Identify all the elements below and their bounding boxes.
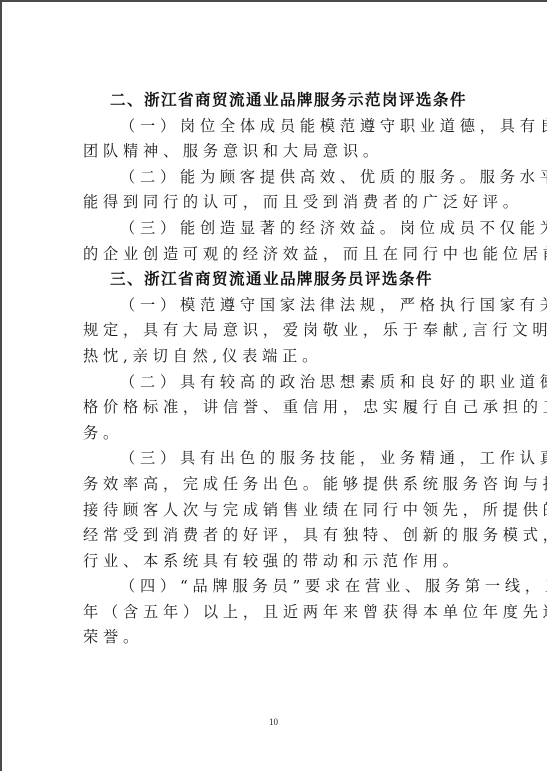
paragraph-line: 的企业创造可观的经济效益，而且在同行中也能位居前茅。 xyxy=(83,242,465,268)
document-page: 二、浙江省商贸流通业品牌服务示范岗评选条件 （一）岗位全体成员能模范遵守职业道德… xyxy=(83,88,465,651)
paragraph-line: 热忱,亲切自然,仪表端正。 xyxy=(83,344,465,370)
paragraph-line: 格价格标准，讲信誉、重信用，忠实履行自己承担的工作义 xyxy=(83,395,465,421)
paragraph-line: 年（含五年）以上，且近两年来曾获得本单位年度先进以上 xyxy=(83,600,465,626)
paragraph-line: 经常受到消费者的好评，具有独特、创新的服务模式，在本 xyxy=(83,523,465,549)
page-left-edge xyxy=(0,0,2,771)
page-top-edge xyxy=(0,0,547,2)
paragraph-line: 务。 xyxy=(83,421,465,447)
paragraph-line: 团队精神、服务意识和大局意识。 xyxy=(83,139,465,165)
section-heading: 三、浙江省商贸流通业品牌服务员评选条件 xyxy=(83,267,465,293)
paragraph-line: （一）模范遵守国家法律法规，严格执行国家有关政策 xyxy=(83,293,465,319)
paragraph-line: 荣誉。 xyxy=(83,625,465,651)
page-number: 10 xyxy=(0,717,547,727)
paragraph-line: （二）能为顾客提供高效、优质的服务。服务水平不仅 xyxy=(83,165,465,191)
paragraph-line: （三）能创造显著的经济效益。岗位成员不仅能为所在 xyxy=(83,216,465,242)
paragraph-line: （四）“品牌服务员”要求在营业、服务第一线，工作五 xyxy=(83,574,465,600)
paragraph-line: （二）具有较高的政治思想素质和良好的职业道德，严 xyxy=(83,370,465,396)
paragraph-line: 务效率高，完成任务出色。能够提供系统服务咨询与指导， xyxy=(83,472,465,498)
section-heading: 二、浙江省商贸流通业品牌服务示范岗评选条件 xyxy=(83,88,465,114)
paragraph-line: 接待顾客人次与完成销售业绩在同行中领先，所提供的服务 xyxy=(83,498,465,524)
paragraph-line: 能得到同行的认可，而且受到消费者的广泛好评。 xyxy=(83,190,465,216)
paragraph-line: （三）具有出色的服务技能，业务精通，工作认真，服 xyxy=(83,446,465,472)
paragraph-line: （一）岗位全体成员能模范遵守职业道德，具有良好的 xyxy=(83,114,465,140)
paragraph-line: 行业、本系统具有较强的带动和示范作用。 xyxy=(83,549,465,575)
paragraph-line: 规定，具有大局意识，爱岗敬业，乐于奉献,言行文明,待客 xyxy=(83,318,465,344)
